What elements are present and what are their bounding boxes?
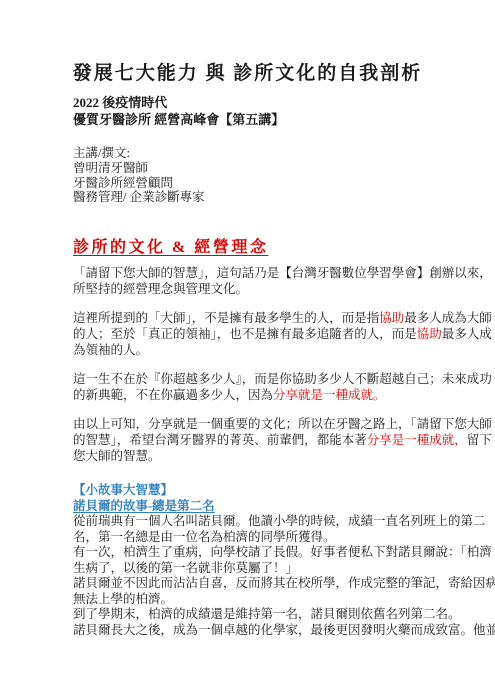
- text-line: 從前瑞典有一個人名叫諾貝爾。他讀小學的時候，成績一直名列班上的第二: [73, 514, 438, 530]
- event-line-summit: 優質牙醫診所 經營高峰會【第五講】: [73, 111, 284, 128]
- text-line: 這裡所提到的「大師」，不是擁有最多學生的人，而是指協助最多人成為大師: [73, 310, 438, 326]
- body-text: 「請留下您大師的智慧」，這句話乃是【台灣牙醫數位學習學會】創辦以來，: [73, 266, 492, 280]
- text-line: 諾貝爾並不因此而沾沾自喜，反而將其在校所學，作成完整的筆記，寄給因病: [73, 576, 438, 592]
- body-text: 這裡所提到的「大師」，不是擁有最多學生的人，而是指: [73, 311, 379, 325]
- body-text: 到了學期末，柏濟的成績還是維持第一名，諾貝爾則依舊名列第二名。: [73, 607, 461, 621]
- body-text: 諾貝爾長大之後，成為一個卓越的化學家，最後更因發明火藥而成致富。他並: [73, 623, 495, 637]
- text-line: 的人；至於「真正的領袖」，也不是擁有最多追隨者的人，而是協助最多人成: [73, 326, 438, 342]
- document-title: 發展七大能力 與 診所文化的自我剖析: [0, 58, 495, 85]
- body-text: 的人；至於「真正的領袖」，也不是擁有最多追隨者的人，而是: [73, 327, 417, 341]
- body-text: 最多人成: [442, 327, 492, 341]
- author-title-2: 醫務管理/ 企業診斷專家: [73, 190, 205, 205]
- story-tag: 【小故事大智慧】: [73, 483, 438, 499]
- body-text: 諾貝爾並不因此而沾沾自喜，反而將其在校所學，作成完整的筆記，寄給因病: [73, 576, 495, 590]
- story-link[interactable]: 諾貝爾的故事-總是第二名: [73, 499, 215, 515]
- text-line: 無法上學的柏濟。: [73, 592, 438, 608]
- section-heading: 診所的文化 & 經營理念: [73, 234, 268, 257]
- paragraph: 這一生不在於『你超越多少人』，而是你協助多少人不斷超越自己；未來成功的新典範，不…: [73, 371, 438, 403]
- body-paragraphs: 「請留下您大師的智慧」，這句話乃是【台灣牙醫數位學習學會】創辦以來，所堅持的經營…: [73, 265, 438, 477]
- body-text: 生病了，以後的第一名就非你莫屬了！」: [73, 561, 298, 575]
- highlighted-text: 協助: [379, 311, 404, 325]
- highlighted-text: 分享就是一種成就。: [273, 388, 386, 402]
- text-line: 所堅持的經營理念與管理文化。: [73, 281, 438, 297]
- story-text: 從前瑞典有一個人名叫諾貝爾。他讀小學的時候，成績一直名列班上的第二名，第一名總是…: [73, 514, 438, 638]
- paragraph: 由以上可知，分享就是一個重要的文化；所以在牙醫之路上，「請留下您大師的智慧」，希…: [73, 416, 438, 464]
- text-line: 由以上可知，分享就是一個重要的文化；所以在牙醫之路上，「請留下您大師: [73, 416, 438, 432]
- text-line: 為領袖的人。: [73, 342, 438, 358]
- paragraph: 這裡所提到的「大師」，不是擁有最多學生的人，而是指協助最多人成為大師的人；至於「…: [73, 310, 438, 358]
- event-line-year: 2022 後疫情時代: [73, 94, 284, 111]
- author-title-1: 牙醫診所經營顧問: [73, 176, 205, 191]
- text-line: 的智慧」，希望台灣牙醫界的菁英、前輩們，都能本著分享是一種成就，留下: [73, 432, 438, 448]
- event-info: 2022 後疫情時代 優質牙醫診所 經營高峰會【第五講】: [73, 94, 284, 128]
- text-line: 「請留下您大師的智慧」，這句話乃是【台灣牙醫數位學習學會】創辦以來，: [73, 265, 438, 281]
- author-role-label: 主講/撰文:: [73, 146, 205, 161]
- text-line: 生病了，以後的第一名就非你莫屬了！」: [73, 561, 438, 577]
- body-text: 您大師的智慧。: [73, 449, 161, 463]
- body-text: 最多人成為大師: [404, 311, 492, 325]
- body-text: 名，第一名總是由一位名為柏濟的同學所獲得。: [73, 530, 336, 544]
- document-page: 發展七大能力 與 診所文化的自我剖析 2022 後疫情時代 優質牙醫診所 經營高…: [0, 0, 495, 700]
- story-section: 【小故事大智慧】 諾貝爾的故事-總是第二名 從前瑞典有一個人名叫諾貝爾。他讀小學…: [73, 483, 438, 638]
- text-line: 有一次，柏濟生了重病，向學校請了長假。好事者便私下對諾貝爾說：「柏濟: [73, 545, 438, 561]
- author-info: 主講/撰文: 曾明清牙醫師 牙醫診所經營顧問 醫務管理/ 企業診斷專家: [73, 146, 205, 205]
- body-text: 有一次，柏濟生了重病，向學校請了長假。好事者便私下對諾貝爾說：「柏濟: [73, 545, 492, 559]
- text-line: 諾貝爾長大之後，成為一個卓越的化學家，最後更因發明火藥而成致富。他並: [73, 623, 438, 639]
- text-line: 到了學期末，柏濟的成績還是維持第一名，諾貝爾則依舊名列第二名。: [73, 607, 438, 623]
- body-text: 從前瑞典有一個人名叫諾貝爾。他讀小學的時候，成績一直名列班上的第二: [73, 514, 486, 528]
- highlighted-text: 分享是一種成就，: [367, 433, 467, 447]
- body-text: 無法上學的柏濟。: [73, 592, 173, 606]
- body-text: 這一生不在於『你超越多少人』，而是你協助多少人不斷超越自己；未來成功: [73, 372, 492, 386]
- body-text: 留下: [467, 433, 492, 447]
- paragraph: 「請留下您大師的智慧」，這句話乃是【台灣牙醫數位學習學會】創辦以來，所堅持的經營…: [73, 265, 438, 297]
- highlighted-text: 協助: [417, 327, 442, 341]
- body-text: 的新典範，不在你贏過多少人，因為: [73, 388, 273, 402]
- text-line: 您大師的智慧。: [73, 448, 438, 464]
- body-text: 的智慧」，希望台灣牙醫界的菁英、前輩們，都能本著: [73, 433, 367, 447]
- body-text: 為領袖的人。: [73, 343, 148, 357]
- text-line: 名，第一名總是由一位名為柏濟的同學所獲得。: [73, 530, 438, 546]
- text-line: 的新典範，不在你贏過多少人，因為分享就是一種成就。: [73, 387, 438, 403]
- body-text: 所堅持的經營理念與管理文化。: [73, 282, 248, 296]
- author-name: 曾明清牙醫師: [73, 161, 205, 176]
- body-text: 由以上可知，分享就是一個重要的文化；所以在牙醫之路上，「請留下您大師: [73, 417, 492, 431]
- text-line: 這一生不在於『你超越多少人』，而是你協助多少人不斷超越自己；未來成功: [73, 371, 438, 387]
